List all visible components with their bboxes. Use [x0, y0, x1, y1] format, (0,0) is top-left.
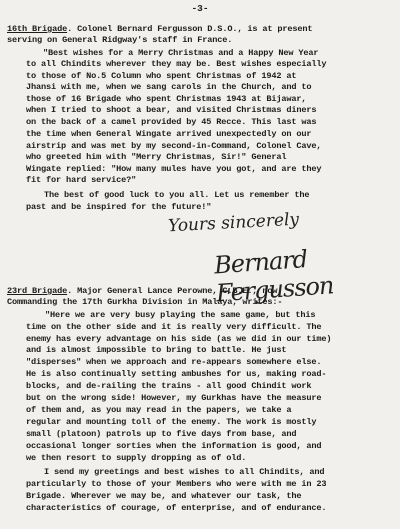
text-line: blocks, and de-railing the trains - all … — [26, 381, 311, 392]
section1-heading: 16th Brigade — [7, 24, 67, 34]
text-line: Commanding the 17th Gurkha Division in M… — [7, 297, 282, 308]
text-line: on the back of a camel provided by 45 Re… — [26, 117, 316, 128]
text-line: serving on General Ridgway's staff in Fr… — [7, 35, 232, 46]
text-line: to all Chindits wherever they may be. Be… — [26, 59, 326, 70]
text-line: regular and mounting toll of the enemy. … — [26, 417, 316, 428]
text-line: but on the wrong side! However, my Gurkh… — [26, 393, 321, 404]
text-line: characteristics of courage, of enterpris… — [26, 503, 326, 514]
text-line: Jhansi with me, when we sang carols in t… — [26, 82, 311, 93]
text-line: fit for hard service?" — [26, 175, 136, 186]
text-line: of them and, as you may read in the pape… — [26, 405, 291, 416]
page-number: -3- — [0, 3, 400, 14]
text-line: "Here we are very busy playing the same … — [45, 310, 315, 321]
text-line: who greeted him with "Merry Christmas, S… — [26, 152, 286, 163]
text-line: occasional longer sorties when the infor… — [26, 441, 321, 452]
text-line: the time when General Wingate arrived un… — [26, 129, 311, 140]
text-line: He is also continually setting ambushes … — [26, 369, 326, 380]
text-line: and is almost impossible to bring to bat… — [26, 345, 286, 356]
section1-first-line: 16th Brigade. Colonel Bernard Fergusson … — [7, 24, 312, 35]
text-line: we then resort to supply dropping as of … — [26, 453, 246, 464]
text-line: small (platoon) patrols up to five days … — [26, 429, 296, 440]
text-line: The best of good luck to you all. Let us… — [44, 190, 309, 201]
text-line: Wingate replied: "How many mules have yo… — [26, 164, 321, 175]
text-line: "disperses" when we approach and re-appe… — [26, 357, 321, 368]
section2-first-line: 23rd Brigade. Major General Lance Perown… — [7, 286, 277, 297]
text-line: past and be inspired for the future!" — [26, 202, 211, 213]
signature-closing: Yours sincerely — [168, 210, 300, 237]
document-page: -3- 16th Brigade. Colonel Bernard Fergus… — [0, 0, 400, 529]
text-line: airstrip and was met by my second-in-Com… — [26, 141, 321, 152]
text-line: those of 16 Brigade who spent Christmas … — [26, 94, 306, 105]
text-line: when I tried to shoot a bear, and visite… — [26, 105, 316, 116]
text-line: particularly to those of your Members wh… — [26, 479, 326, 490]
text-line: I send my greetings and best wishes to a… — [44, 467, 324, 478]
text-line: "Best wishes for a Merry Christmas and a… — [43, 48, 318, 59]
text-line: time on the other side and it is really … — [26, 322, 321, 333]
section2-heading: 23rd Brigade — [7, 286, 67, 296]
text-line: enemy has every advantage on his side (a… — [26, 334, 331, 345]
text-line: Brigade. Wherever we may be, and whateve… — [26, 491, 301, 502]
text-line: to those of No.5 Column who spent Christ… — [26, 71, 296, 82]
